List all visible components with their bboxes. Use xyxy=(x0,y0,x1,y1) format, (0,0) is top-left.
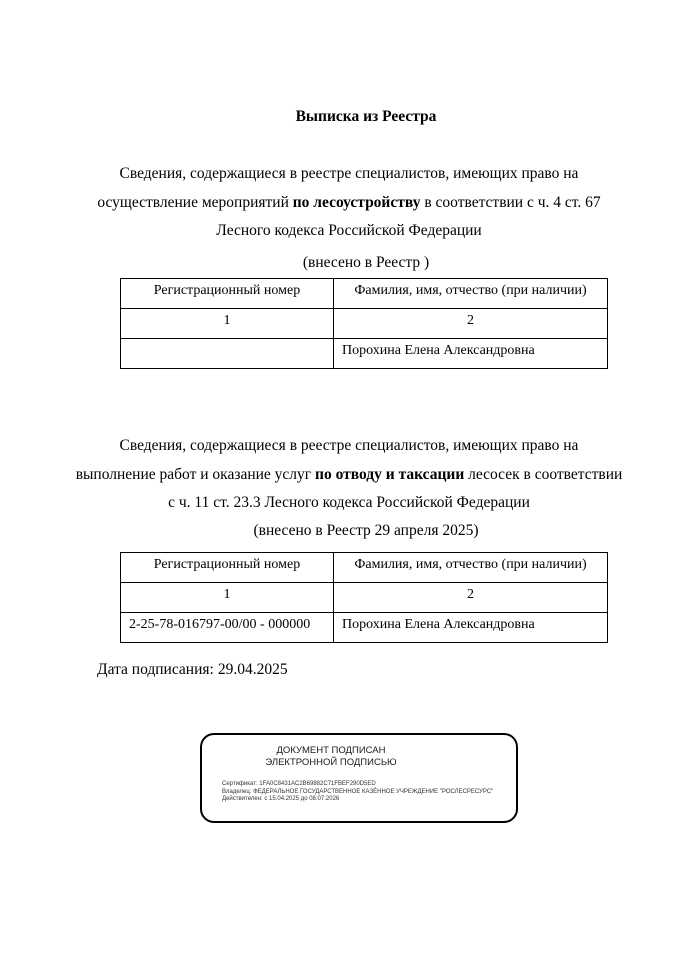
paragraph-line: осуществление мероприятий по лесоустройс… xyxy=(64,189,634,218)
column-number-cell: 1 xyxy=(121,583,334,613)
header-registration-number: Регистрационный номер xyxy=(121,553,334,583)
stamp-title: ДОКУМЕНТ ПОДПИСАН ЭЛЕКТРОННОЙ ПОДПИСЬЮ xyxy=(202,745,516,769)
header-registration-number: Регистрационный номер xyxy=(121,279,334,309)
table-row: 2-25-78-016797-00/00 - 000000 Порохина Е… xyxy=(121,613,608,643)
stamp-title-line1: ДОКУМЕНТ ПОДПИСАН xyxy=(202,745,460,757)
bold-term: по отводу и таксации xyxy=(315,466,464,483)
document-title: Выписка из Реестра xyxy=(90,108,642,126)
header-full-name: Фамилия, имя, отчество (при наличии) xyxy=(334,553,608,583)
stamp-details: Сертификат: 1FA0C8431AC2B69882C71FBEF290… xyxy=(222,781,508,804)
signing-date-value: 29.04.2025 xyxy=(218,661,288,678)
column-number-cell: 1 xyxy=(121,309,334,339)
table-row: Порохина Елена Александровна xyxy=(121,339,608,369)
section2-paragraph: Сведения, содержащиеся в реестре специал… xyxy=(64,432,634,518)
bold-term: по лесоустройству xyxy=(293,194,421,211)
section2-table: Регистрационный номер Фамилия, имя, отче… xyxy=(120,552,608,643)
header-full-name: Фамилия, имя, отчество (при наличии) xyxy=(334,279,608,309)
stamp-validity-line: Действителен: с 15.04.2025 до 08.07.2026 xyxy=(222,796,508,804)
section1-paragraph: Сведения, содержащиеся в реестре специал… xyxy=(64,160,634,246)
paragraph-line: Сведения, содержащиеся в реестре специал… xyxy=(64,160,634,189)
section1-registry-note: (внесено в Реестр ) xyxy=(90,254,642,272)
section1-table: Регистрационный номер Фамилия, имя, отче… xyxy=(120,278,608,369)
paragraph-line: выполнение работ и оказание услуг по отв… xyxy=(64,461,634,490)
signing-date-label: Дата подписания: xyxy=(97,661,214,678)
table-header-row: Регистрационный номер Фамилия, имя, отче… xyxy=(121,553,608,583)
full-name-cell: Порохина Елена Александровна xyxy=(334,613,608,643)
full-name-cell: Порохина Елена Александровна xyxy=(334,339,608,369)
section2-registry-note: (внесено в Реестр 29 апреля 2025) xyxy=(90,522,642,540)
column-number-cell: 2 xyxy=(334,309,608,339)
document-page: Выписка из Реестра Сведения, содержащиес… xyxy=(0,0,678,960)
stamp-certificate-line: Сертификат: 1FA0C8431AC2B69882C71FBEF290… xyxy=(222,781,508,789)
column-number-row: 1 2 xyxy=(121,583,608,613)
column-number-row: 1 2 xyxy=(121,309,608,339)
paragraph-line: Лесного кодекса Российской Федерации xyxy=(64,217,634,246)
registration-number-cell xyxy=(121,339,334,369)
stamp-title-line2: ЭЛЕКТРОННОЙ ПОДПИСЬЮ xyxy=(202,757,460,769)
signing-date: Дата подписания:29.04.2025 xyxy=(97,661,288,679)
electronic-signature-stamp: ДОКУМЕНТ ПОДПИСАН ЭЛЕКТРОННОЙ ПОДПИСЬЮ С… xyxy=(200,733,518,823)
registration-number-cell: 2-25-78-016797-00/00 - 000000 xyxy=(121,613,334,643)
paragraph-line: с ч. 11 ст. 23.3 Лесного кодекса Российс… xyxy=(64,489,634,518)
paragraph-line: Сведения, содержащиеся в реестре специал… xyxy=(64,432,634,461)
column-number-cell: 2 xyxy=(334,583,608,613)
table-header-row: Регистрационный номер Фамилия, имя, отче… xyxy=(121,279,608,309)
